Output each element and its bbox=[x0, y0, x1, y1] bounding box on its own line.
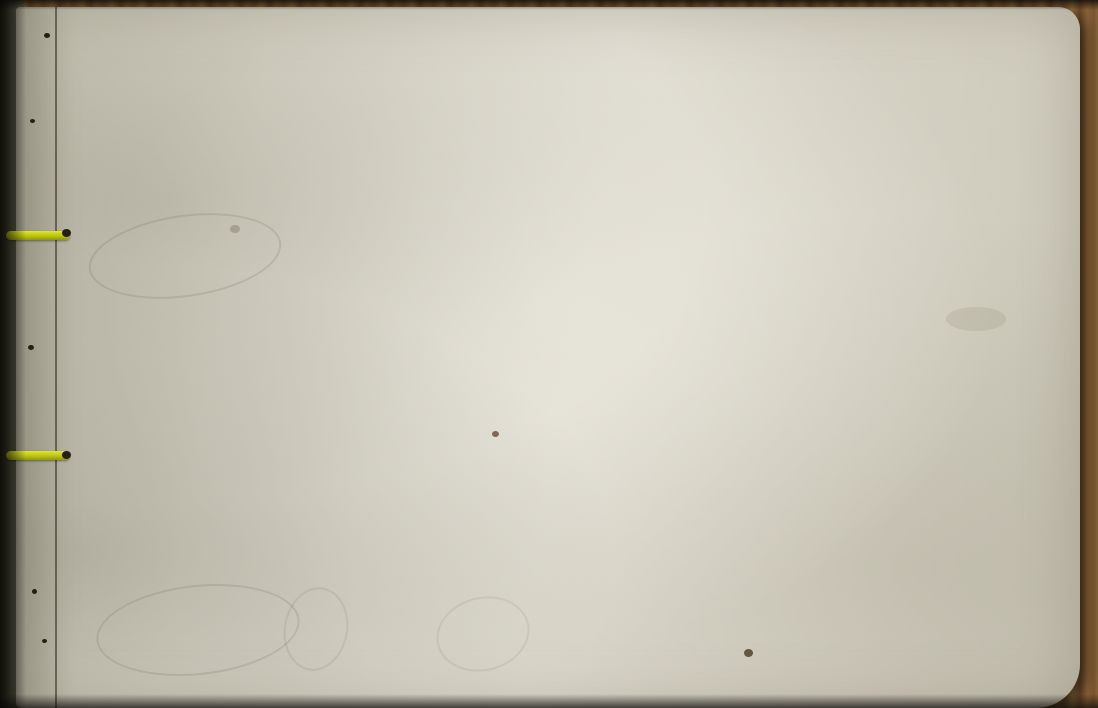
pencil-scribble bbox=[92, 575, 304, 686]
binding-hole bbox=[30, 119, 35, 123]
stitch-thread bbox=[6, 451, 70, 460]
pencil-scribble bbox=[83, 202, 287, 310]
binding-hole bbox=[62, 229, 71, 237]
binding-hole bbox=[42, 639, 47, 643]
binding-hole bbox=[62, 451, 71, 459]
stitch-thread bbox=[6, 231, 70, 240]
ink-stain bbox=[744, 649, 753, 657]
scanned-register-photo: 149 No. 21 Parish of Bamburgh Sheet 21 -… bbox=[0, 0, 1098, 708]
pencil-scribble bbox=[428, 587, 537, 682]
binding-hole bbox=[28, 345, 34, 350]
ink-stain bbox=[492, 431, 499, 437]
stain bbox=[946, 307, 1006, 331]
binding-crease bbox=[55, 7, 57, 708]
binding-hole bbox=[32, 589, 37, 594]
register-page bbox=[16, 7, 1080, 708]
binding-hole bbox=[44, 33, 50, 38]
binding-strip bbox=[16, 7, 74, 708]
pencil-scribble bbox=[277, 582, 355, 676]
